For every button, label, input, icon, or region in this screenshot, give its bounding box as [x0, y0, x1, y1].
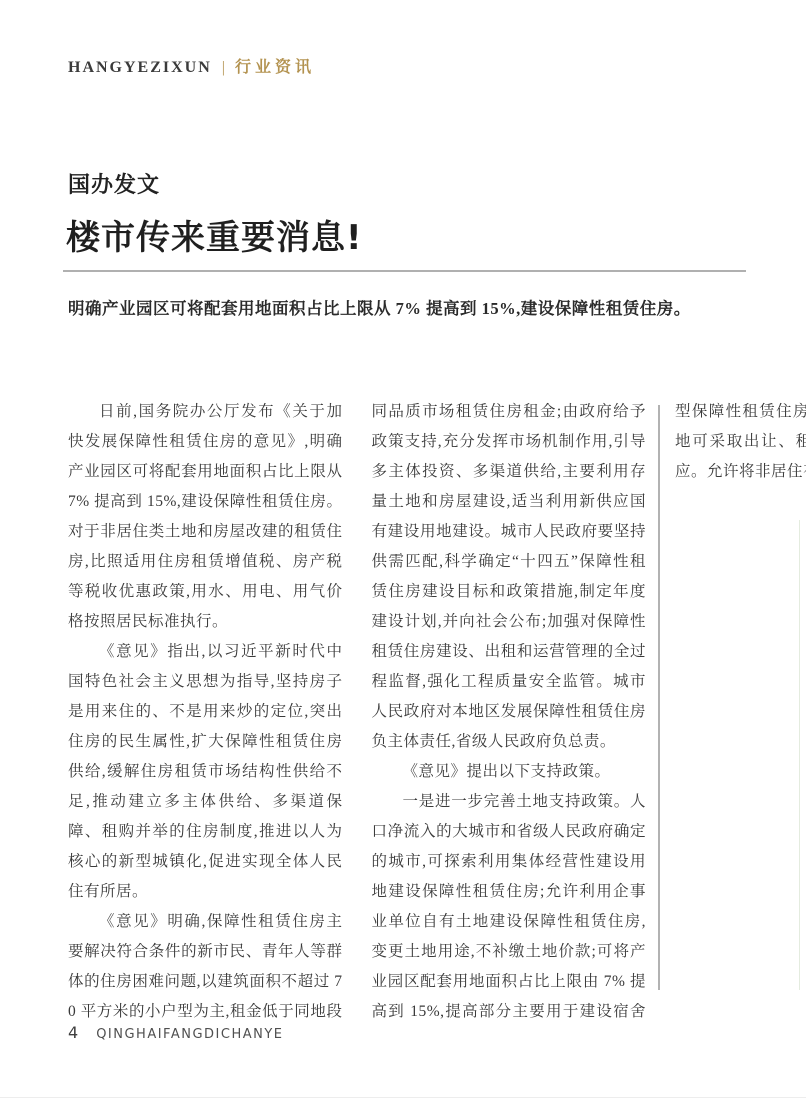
article-overline: 国办发文 [68, 168, 160, 199]
magazine-page: HANGYEZIXUN|行业资讯 国办发文 楼市传来重要消息! 明确产业园区可将… [0, 0, 806, 1100]
page-number: 4 [68, 1023, 78, 1042]
kicker-text-cn: 行业资讯 [235, 59, 315, 76]
article-body: 日前,国务院办公厅发布《关于加快发展保障性租赁住房的意见》,明确产业园区可将配套… [68, 397, 646, 1031]
article-standfirst: 明确产业园区可将配套用地面积占比上限从 7% 提高到 15%,建设保障性租赁住房… [68, 295, 748, 319]
page-edge-artifact-bottom [0, 1097, 806, 1098]
title-divider-rule [63, 270, 746, 272]
side-vertical-rule [658, 405, 660, 990]
article-title: 楼市传来重要消息! [66, 210, 363, 259]
body-paragraph: 《意见》提出以下支持政策。 [372, 757, 647, 787]
page-header-kicker: HANGYEZIXUN|行业资讯 [68, 54, 315, 77]
kicker-text-en: HANGYEZIXUN [68, 59, 212, 76]
body-paragraph: 《意见》指出,以习近平新时代中国特色社会主义思想为指导,坚持房子是用来住的、不是… [68, 637, 343, 907]
body-paragraph: 日前,国务院办公厅发布《关于加快发展保障性租赁住房的意见》,明确产业园区可将配套… [68, 397, 343, 637]
kicker-divider: | [222, 59, 227, 76]
page-footer: 4 QINGHAIFANGDICHANYE [68, 1023, 284, 1042]
page-edge-artifact-right [799, 520, 800, 990]
journal-name: QINGHAIFANGDICHANYE [96, 1027, 283, 1042]
